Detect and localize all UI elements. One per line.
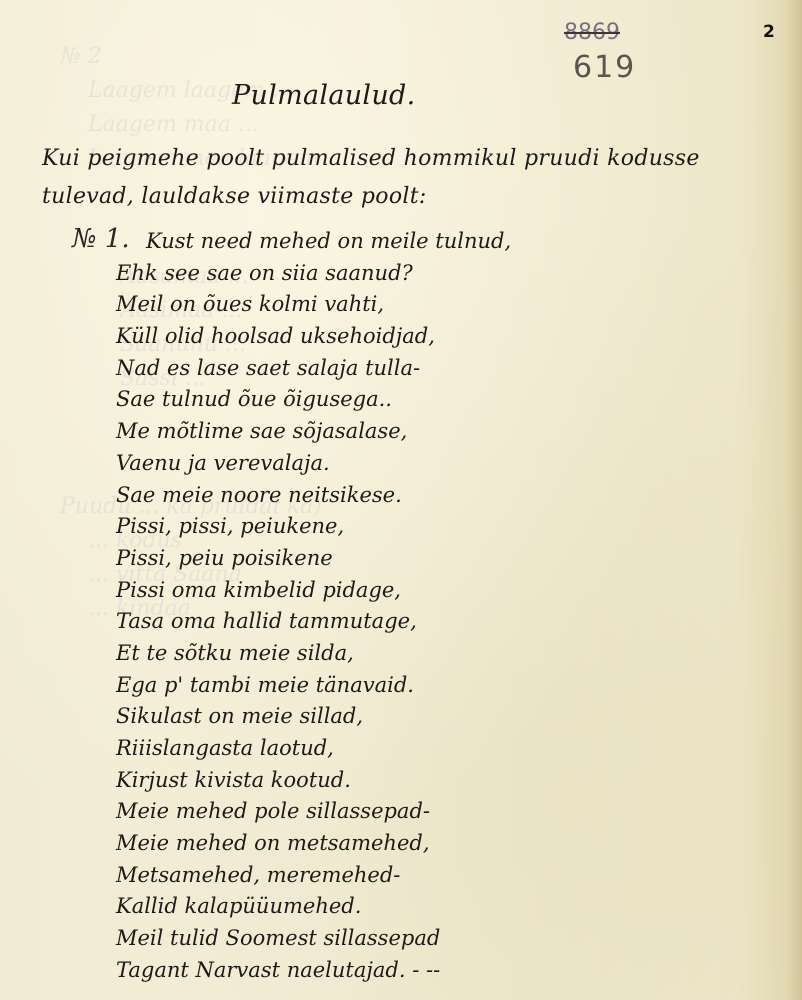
intro-line-2: tulevad, lauldakse viimaste poolt:: [42, 178, 700, 216]
verse-line: Pissi oma kimbelid pidage,: [116, 575, 511, 607]
intro-line-1: Kui peigmehe poolt pulmalised hommikul p…: [42, 140, 700, 178]
verse-line: Meil on õues kolmi vahti,: [116, 289, 511, 321]
verse-line: Meil tulid Soomest sillassepad: [116, 923, 511, 955]
verse-line: Ega p' tambi meie tänavaid.: [116, 670, 511, 702]
page-number: 2: [763, 22, 775, 42]
crossed-out-catalog-number: 8869: [564, 20, 620, 45]
manuscript-page: № 2 Laagem laagem ... Laagem maa ... Laa…: [0, 0, 802, 1000]
verse-line: Meie mehed on metsamehed,: [116, 828, 511, 860]
catalog-number: 619: [573, 50, 636, 85]
verse-line: Küll olid hoolsad uksehoidjad,: [116, 321, 511, 353]
verse-line: Kust need mehed on meile tulnud,: [146, 226, 511, 258]
verse-line: Tasa oma hallid tammutage,: [116, 606, 511, 638]
verse-line: Sae tulnud õue õigusega..: [116, 384, 511, 416]
page-title: Pulmalaulud.: [232, 80, 416, 111]
verse-line: Sikulast on meie sillad,: [116, 701, 511, 733]
verse-line: Metsamehed, meremehed-: [116, 860, 511, 892]
verse-line: Me mõtlime sae sõjasalase,: [116, 416, 511, 448]
verse-line: Kirjust kivista kootud.: [116, 765, 511, 797]
verse-line: Meie mehed pole sillassepad-: [116, 796, 511, 828]
song-verses: Kust need mehed on meile tulnud, Ehk see…: [116, 226, 511, 987]
intro-paragraph: Kui peigmehe poolt pulmalised hommikul p…: [42, 140, 700, 216]
verse-line: Kallid kalapüüumehed.: [116, 891, 511, 923]
verse-line: Et te sõtku meie silda,: [116, 638, 511, 670]
verse-line: Sae meie noore neitsikese.: [116, 480, 511, 512]
verse-line: Ehk see sae on siia saanud?: [116, 258, 511, 290]
verse-line: Riiislangasta laotud,: [116, 733, 511, 765]
verse-line: Nad es lase saet salaja tulla-: [116, 353, 511, 385]
verse-line: Tagant Narvast naelutajad. - --: [116, 955, 511, 987]
verse-line: Vaenu ja verevalaja.: [116, 448, 511, 480]
verse-line: Pissi, pissi, peiukene,: [116, 511, 511, 543]
verse-line: Pissi, peiu poisikene: [116, 543, 511, 575]
